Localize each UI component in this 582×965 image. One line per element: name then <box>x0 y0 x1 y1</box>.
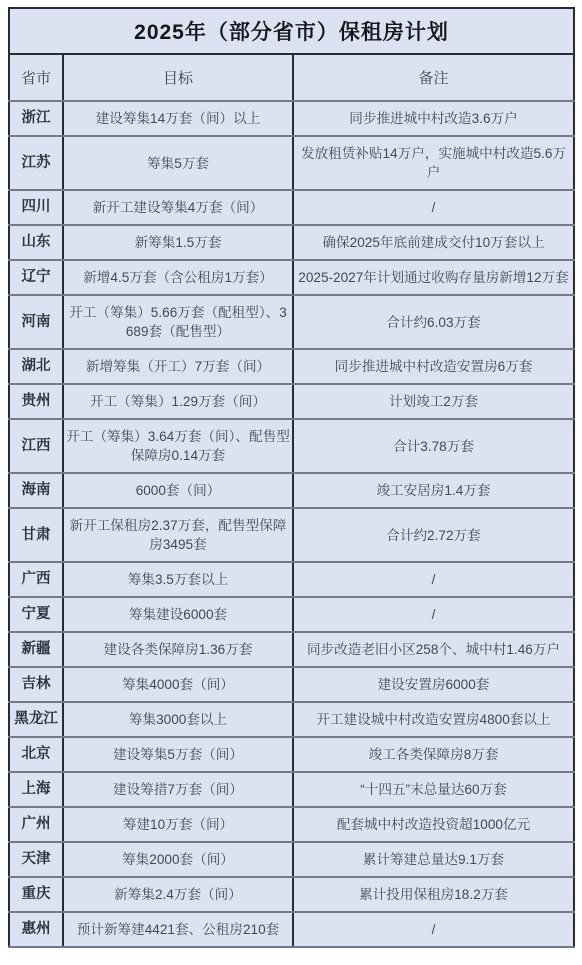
province-cell: 重庆 <box>9 877 63 912</box>
target-cell: 筹集3000套以上 <box>63 702 293 737</box>
province-cell: 上海 <box>9 772 63 807</box>
table-row: 吉林 筹集4000套（间） 建设安置房6000套 <box>9 667 574 702</box>
table-row: 黑龙江 筹集3000套以上 开工建设城中村改造安置房4800套以上 <box>9 702 574 737</box>
note-cell: / <box>293 912 574 947</box>
target-cell: 新增筹集（开工）7万套（间） <box>63 349 293 384</box>
province-cell: 山东 <box>9 225 63 260</box>
province-cell: 浙江 <box>9 101 63 136</box>
note-cell: 合计约6.03万套 <box>293 295 574 349</box>
table-row: 北京 建设筹集5万套（间） 竣工各类保障房8万套 <box>9 737 574 772</box>
note-cell: 同步推进城中村改造安置房6万套 <box>293 349 574 384</box>
province-cell: 江西 <box>9 419 63 473</box>
note-cell: 配套城中村改造投资超1000亿元 <box>293 807 574 842</box>
note-cell: 开工建设城中村改造安置房4800套以上 <box>293 702 574 737</box>
page: 2025年（部分省市）保租房计划 省市 目标 备注 浙江 建设筹集14万套（间）… <box>0 0 582 965</box>
table-row: 宁夏 筹集建设6000套 / <box>9 597 574 632</box>
table-row: 甘肃 新开工保租房2.37万套，配售型保障房3495套 合计约2.72万套 <box>9 508 574 562</box>
target-cell: 筹建10万套（间） <box>63 807 293 842</box>
note-cell: 累计投用保租房18.2万套 <box>293 877 574 912</box>
target-cell: 新增4.5万套（含公租房1万套） <box>63 260 293 295</box>
note-cell: “十四五”末总量达60万套 <box>293 772 574 807</box>
note-cell: 同步改造老旧小区258个、城中村1.46万户 <box>293 632 574 667</box>
table-row: 广西 筹集3.5万套以上 / <box>9 562 574 597</box>
target-cell: 新开工保租房2.37万套，配售型保障房3495套 <box>63 508 293 562</box>
target-cell: 新筹集2.4万套（间） <box>63 877 293 912</box>
note-cell: 确保2025年底前建成交付10万套以上 <box>293 225 574 260</box>
province-cell: 河南 <box>9 295 63 349</box>
note-cell: 发放租赁补贴14万户，实施城中村改造5.6万户 <box>293 136 574 190</box>
note-cell: 合计3.78万套 <box>293 419 574 473</box>
housing-plan-table: 2025年（部分省市）保租房计划 省市 目标 备注 浙江 建设筹集14万套（间）… <box>8 7 575 948</box>
target-cell: 6000套（间） <box>63 473 293 508</box>
table-row: 江西 开工（筹集）3.64万套（间）、配售型保障房0.14万套 合计3.78万套 <box>9 419 574 473</box>
target-cell: 新开工建设筹集4万套（间） <box>63 190 293 225</box>
target-cell: 筹集5万套 <box>63 136 293 190</box>
table-row: 重庆 新筹集2.4万套（间） 累计投用保租房18.2万套 <box>9 877 574 912</box>
province-cell: 新疆 <box>9 632 63 667</box>
target-cell: 建设筹集5万套（间） <box>63 737 293 772</box>
note-cell: / <box>293 562 574 597</box>
province-cell: 甘肃 <box>9 508 63 562</box>
target-cell: 预计新筹建4421套、公租房210套 <box>63 912 293 947</box>
table-row: 广州 筹建10万套（间） 配套城中村改造投资超1000亿元 <box>9 807 574 842</box>
table-row: 贵州 开工（筹集）1.29万套（间） 计划竣工2万套 <box>9 384 574 419</box>
province-cell: 天津 <box>9 842 63 877</box>
column-header-province: 省市 <box>9 54 63 101</box>
table-body: 浙江 建设筹集14万套（间）以上 同步推进城中村改造3.6万户 江苏 筹集5万套… <box>9 101 574 947</box>
province-cell: 四川 <box>9 190 63 225</box>
table-title: 2025年（部分省市）保租房计划 <box>9 8 574 54</box>
province-cell: 北京 <box>9 737 63 772</box>
table-row: 天津 筹集2000套（间） 累计筹建总量达9.1万套 <box>9 842 574 877</box>
province-cell: 贵州 <box>9 384 63 419</box>
note-cell: 同步推进城中村改造3.6万户 <box>293 101 574 136</box>
target-cell: 筹集4000套（间） <box>63 667 293 702</box>
target-cell: 建设筹措7万套（间） <box>63 772 293 807</box>
note-cell: 合计约2.72万套 <box>293 508 574 562</box>
table-row: 辽宁 新增4.5万套（含公租房1万套） 2025-2027年计划通过收购存量房新… <box>9 260 574 295</box>
province-cell: 宁夏 <box>9 597 63 632</box>
note-cell: 计划竣工2万套 <box>293 384 574 419</box>
province-cell: 湖北 <box>9 349 63 384</box>
table-title-row: 2025年（部分省市）保租房计划 <box>9 8 574 54</box>
table-row: 海南 6000套（间） 竣工安居房1.4万套 <box>9 473 574 508</box>
target-cell: 筹集3.5万套以上 <box>63 562 293 597</box>
province-cell: 广西 <box>9 562 63 597</box>
note-cell: / <box>293 190 574 225</box>
table-row: 河南 开工（筹集）5.66万套（配租型）、3689套（配售型） 合计约6.03万… <box>9 295 574 349</box>
province-cell: 广州 <box>9 807 63 842</box>
province-cell: 惠州 <box>9 912 63 947</box>
note-cell: / <box>293 597 574 632</box>
target-cell: 开工（筹集）1.29万套（间） <box>63 384 293 419</box>
table-row: 惠州 预计新筹建4421套、公租房210套 / <box>9 912 574 947</box>
table-row: 山东 新筹集1.5万套 确保2025年底前建成交付10万套以上 <box>9 225 574 260</box>
province-cell: 辽宁 <box>9 260 63 295</box>
note-cell: 累计筹建总量达9.1万套 <box>293 842 574 877</box>
table-row: 四川 新开工建设筹集4万套（间） / <box>9 190 574 225</box>
target-cell: 建设各类保障房1.36万套 <box>63 632 293 667</box>
target-cell: 筹集2000套（间） <box>63 842 293 877</box>
target-cell: 建设筹集14万套（间）以上 <box>63 101 293 136</box>
target-cell: 开工（筹集）3.64万套（间）、配售型保障房0.14万套 <box>63 419 293 473</box>
column-header-target: 目标 <box>63 54 293 101</box>
province-cell: 黑龙江 <box>9 702 63 737</box>
table-row: 江苏 筹集5万套 发放租赁补贴14万户，实施城中村改造5.6万户 <box>9 136 574 190</box>
target-cell: 新筹集1.5万套 <box>63 225 293 260</box>
province-cell: 海南 <box>9 473 63 508</box>
table-header-row: 省市 目标 备注 <box>9 54 574 101</box>
column-header-note: 备注 <box>293 54 574 101</box>
note-cell: 竣工各类保障房8万套 <box>293 737 574 772</box>
province-cell: 吉林 <box>9 667 63 702</box>
table-row: 浙江 建设筹集14万套（间）以上 同步推进城中村改造3.6万户 <box>9 101 574 136</box>
note-cell: 建设安置房6000套 <box>293 667 574 702</box>
note-cell: 2025-2027年计划通过收购存量房新增12万套 <box>293 260 574 295</box>
note-cell: 竣工安居房1.4万套 <box>293 473 574 508</box>
table-row: 湖北 新增筹集（开工）7万套（间） 同步推进城中村改造安置房6万套 <box>9 349 574 384</box>
province-cell: 江苏 <box>9 136 63 190</box>
table-row: 新疆 建设各类保障房1.36万套 同步改造老旧小区258个、城中村1.46万户 <box>9 632 574 667</box>
target-cell: 筹集建设6000套 <box>63 597 293 632</box>
target-cell: 开工（筹集）5.66万套（配租型）、3689套（配售型） <box>63 295 293 349</box>
table-row: 上海 建设筹措7万套（间） “十四五”末总量达60万套 <box>9 772 574 807</box>
